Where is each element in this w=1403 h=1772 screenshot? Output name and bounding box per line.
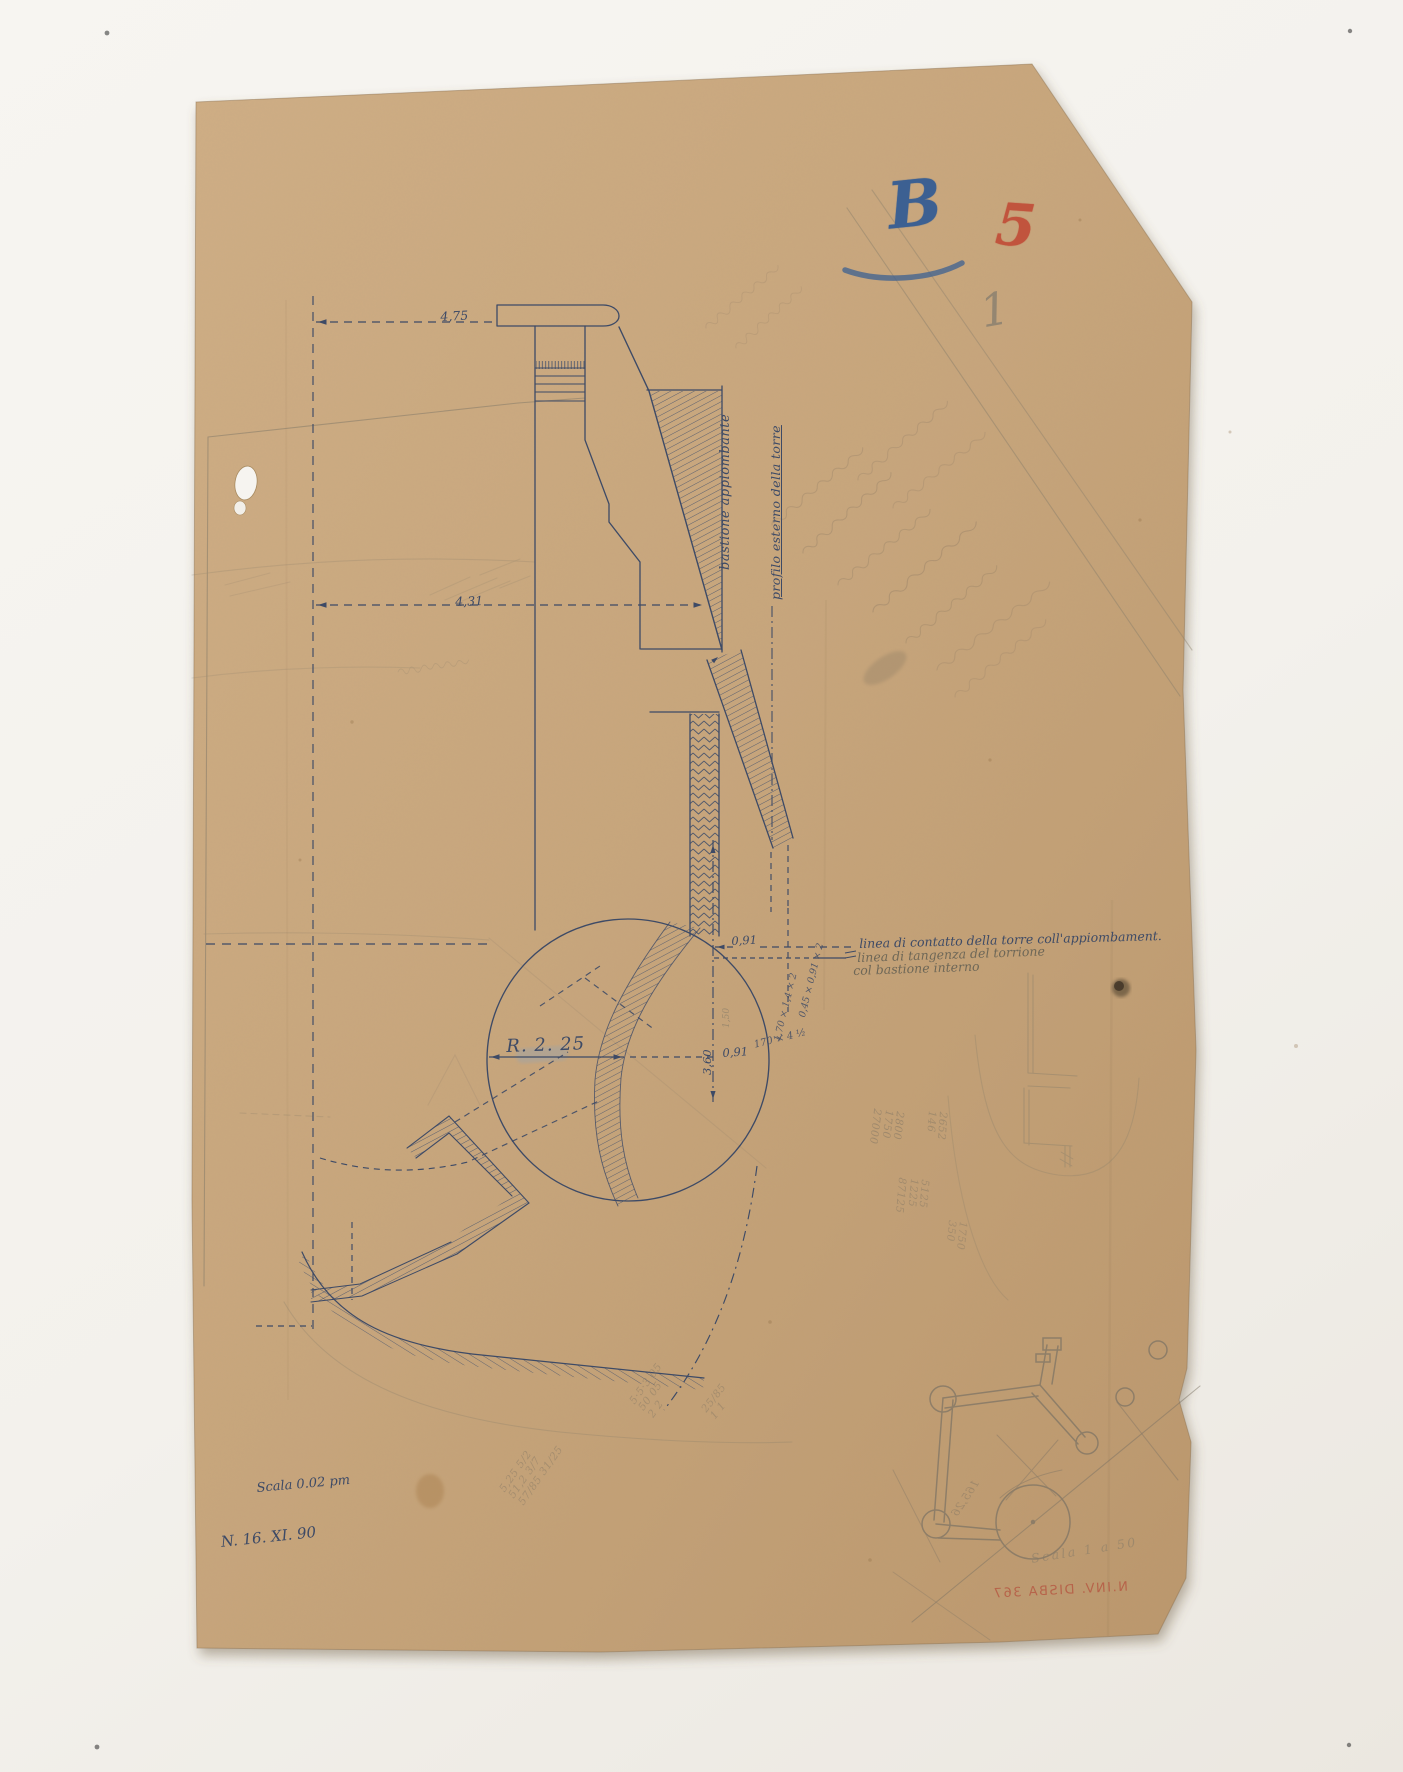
dimension-mid-width: 4,31 (455, 593, 483, 609)
pencil-calculation: 2652 146 (923, 1110, 948, 1140)
classification-letter-b: B (884, 164, 946, 244)
label-bastione: bastione appiombante (718, 414, 733, 570)
pencil-calculation: 2800 1750 27000 (867, 1108, 905, 1148)
dimension-pencil-150: 1,50 (722, 1008, 732, 1028)
pencil-calculation: 5125 1225 87125 (893, 1177, 930, 1216)
dimension-height: 3,60 (700, 1049, 714, 1075)
dimension-top-width: 4,75 (440, 308, 469, 324)
pencil-calculation: 1750 350 (942, 1220, 968, 1251)
scanned-drawing-sheet: B 5 1 4,75 4,31 R. 2. 25 0,91 0,91 3,60 … (0, 0, 1403, 1772)
label-profilo-esterno: profilo esterno della torre (768, 425, 783, 600)
dimension-offset-top: 0,91 (731, 933, 757, 948)
dimension-offset-bottom: 0,91 (722, 1044, 749, 1060)
dimension-radius: R. 2. 25 (506, 1033, 585, 1057)
classification-number-red: 5 (993, 190, 1038, 261)
drawing-linework (0, 0, 1403, 1772)
